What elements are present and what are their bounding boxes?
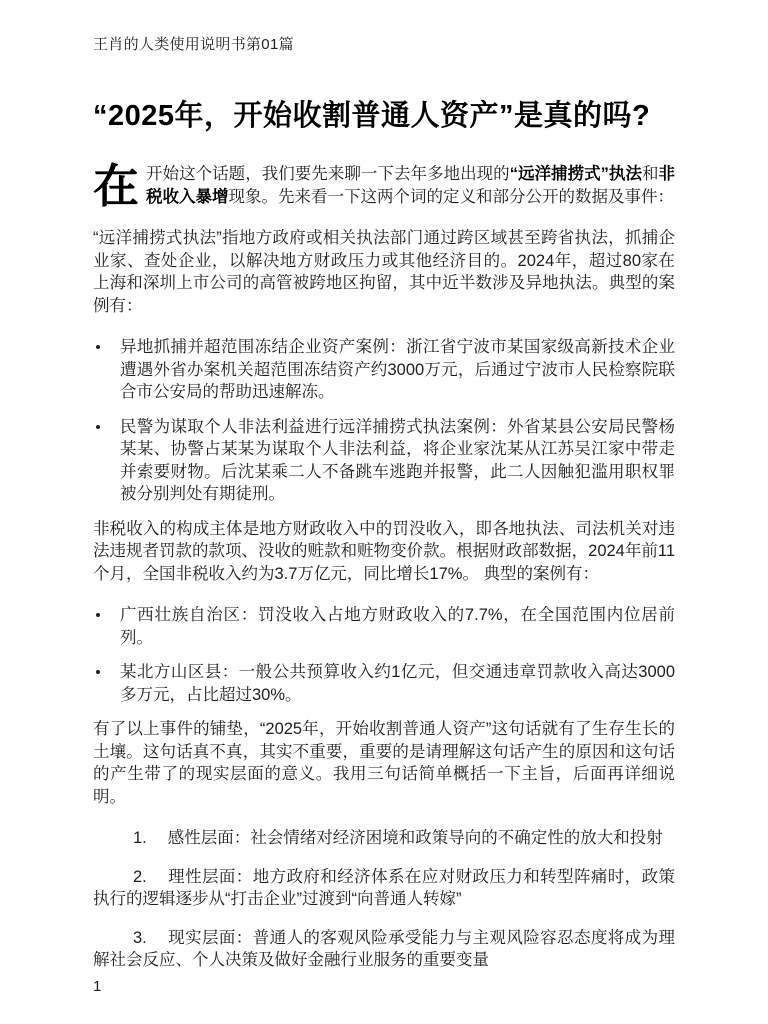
list-item: 广西壮族自治区：罚没收入占地方财政收入的7.7%，在全国范围内位居前列。 — [93, 604, 675, 649]
paragraph-feishui-definition: 非税收入的构成主体是地方财政收入中的罚没收入，即各地执法、司法机关对违法违规者罚… — [93, 518, 675, 586]
intro-run: 开始这个话题，我们要先来聊一下去年多地出现的 — [146, 165, 510, 183]
list-item: 民警为谋取个人非法利益进行远洋捕捞式执法案例：外省某县公安局民警杨某某、协警占某… — [93, 416, 675, 506]
paragraph-yuanyang-definition: “远洋捕捞式执法”指地方政府或相关执法部门通过跨区域甚至跨省执法，抓捕企业家、查… — [93, 227, 675, 317]
bullet-list-feishui: 广西壮族自治区：罚没收入占地方财政收入的7.7%，在全国范围内位居前列。 某北方… — [93, 604, 675, 706]
numbered-item-number: 3. — [133, 929, 147, 947]
bullet-dot-icon — [96, 425, 100, 429]
intro-run: 现象。先来看一下这两个词的定义和部分公开的数据及事件： — [229, 188, 675, 206]
bullet-dot-icon — [96, 613, 100, 617]
list-item-text: 广西壮族自治区：罚没收入占地方财政收入的7.7%，在全国范围内位居前列。 — [120, 606, 675, 647]
page-title: “2025年，开始收割普通人资产”是真的吗? — [93, 97, 675, 135]
document-header: 王肖的人类使用说明书第01篇 — [93, 35, 675, 55]
numbered-item: 1.感性层面：社会情绪对经济困境和政策导向的不确定性的放大和投射 — [93, 827, 675, 850]
intro-run-bold: “远洋捕捞式”执法 — [510, 165, 642, 183]
page-number: 1 — [93, 977, 101, 997]
list-item-text: 民警为谋取个人非法利益进行远洋捕捞式执法案例：外省某县公安局民警杨某某、协警占某… — [120, 418, 675, 504]
intro-paragraph: 在开始这个话题，我们要先来聊一下去年多地出现的“远洋捕捞式”执法和非税收入暴增现… — [93, 163, 675, 208]
paragraph-transition: 有了以上事件的铺垫，“2025年，开始收割普通人资产”这句话就有了生存生长的土壤… — [93, 718, 675, 808]
numbered-item-text: 理性层面：地方政府和经济体系在应对财政压力和转型阵痛时，政策执行的逻辑逐步从“打… — [93, 868, 675, 909]
intro-run: 和 — [642, 165, 659, 183]
bullet-list-yuanyang: 异地抓捕并超范围冻结企业资产案例：浙江省宁波市某国家级高新技术企业遭遇外省办案机… — [93, 336, 675, 506]
list-item-text: 某北方山区县：一般公共预算收入约1亿元，但交通违章罚款收入高达3000多万元，占… — [120, 663, 675, 704]
list-item-text: 异地抓捕并超范围冻结企业资产案例：浙江省宁波市某国家级高新技术企业遭遇外省办案机… — [120, 338, 675, 401]
document-page: 王肖的人类使用说明书第01篇 “2025年，开始收割普通人资产”是真的吗? 在开… — [0, 0, 768, 1024]
list-item: 异地抓捕并超范围冻结企业资产案例：浙江省宁波市某国家级高新技术企业遭遇外省办案机… — [93, 336, 675, 404]
dropcap-character: 在 — [93, 164, 139, 208]
numbered-item-text: 感性层面：社会情绪对经济困境和政策导向的不确定性的放大和投射 — [168, 829, 663, 847]
bullet-dot-icon — [96, 345, 100, 349]
numbered-item: 3.现实层面：普通人的客观风险承受能力与主观风险容忍态度将成为理解社会反应、个人… — [93, 927, 675, 972]
numbered-item-number: 1. — [133, 829, 147, 847]
numbered-item-number: 2. — [133, 868, 147, 886]
bullet-dot-icon — [96, 670, 100, 674]
document-body: 在开始这个话题，我们要先来聊一下去年多地出现的“远洋捕捞式”执法和非税收入暴增现… — [93, 163, 675, 972]
numbered-item-text: 现实层面：普通人的客观风险承受能力与主观风险容忍态度将成为理解社会反应、个人决策… — [93, 929, 675, 970]
numbered-item: 2.理性层面：地方政府和经济体系在应对财政压力和转型阵痛时，政策执行的逻辑逐步从… — [93, 866, 675, 911]
list-item: 某北方山区县：一般公共预算收入约1亿元，但交通违章罚款收入高达3000多万元，占… — [93, 661, 675, 706]
